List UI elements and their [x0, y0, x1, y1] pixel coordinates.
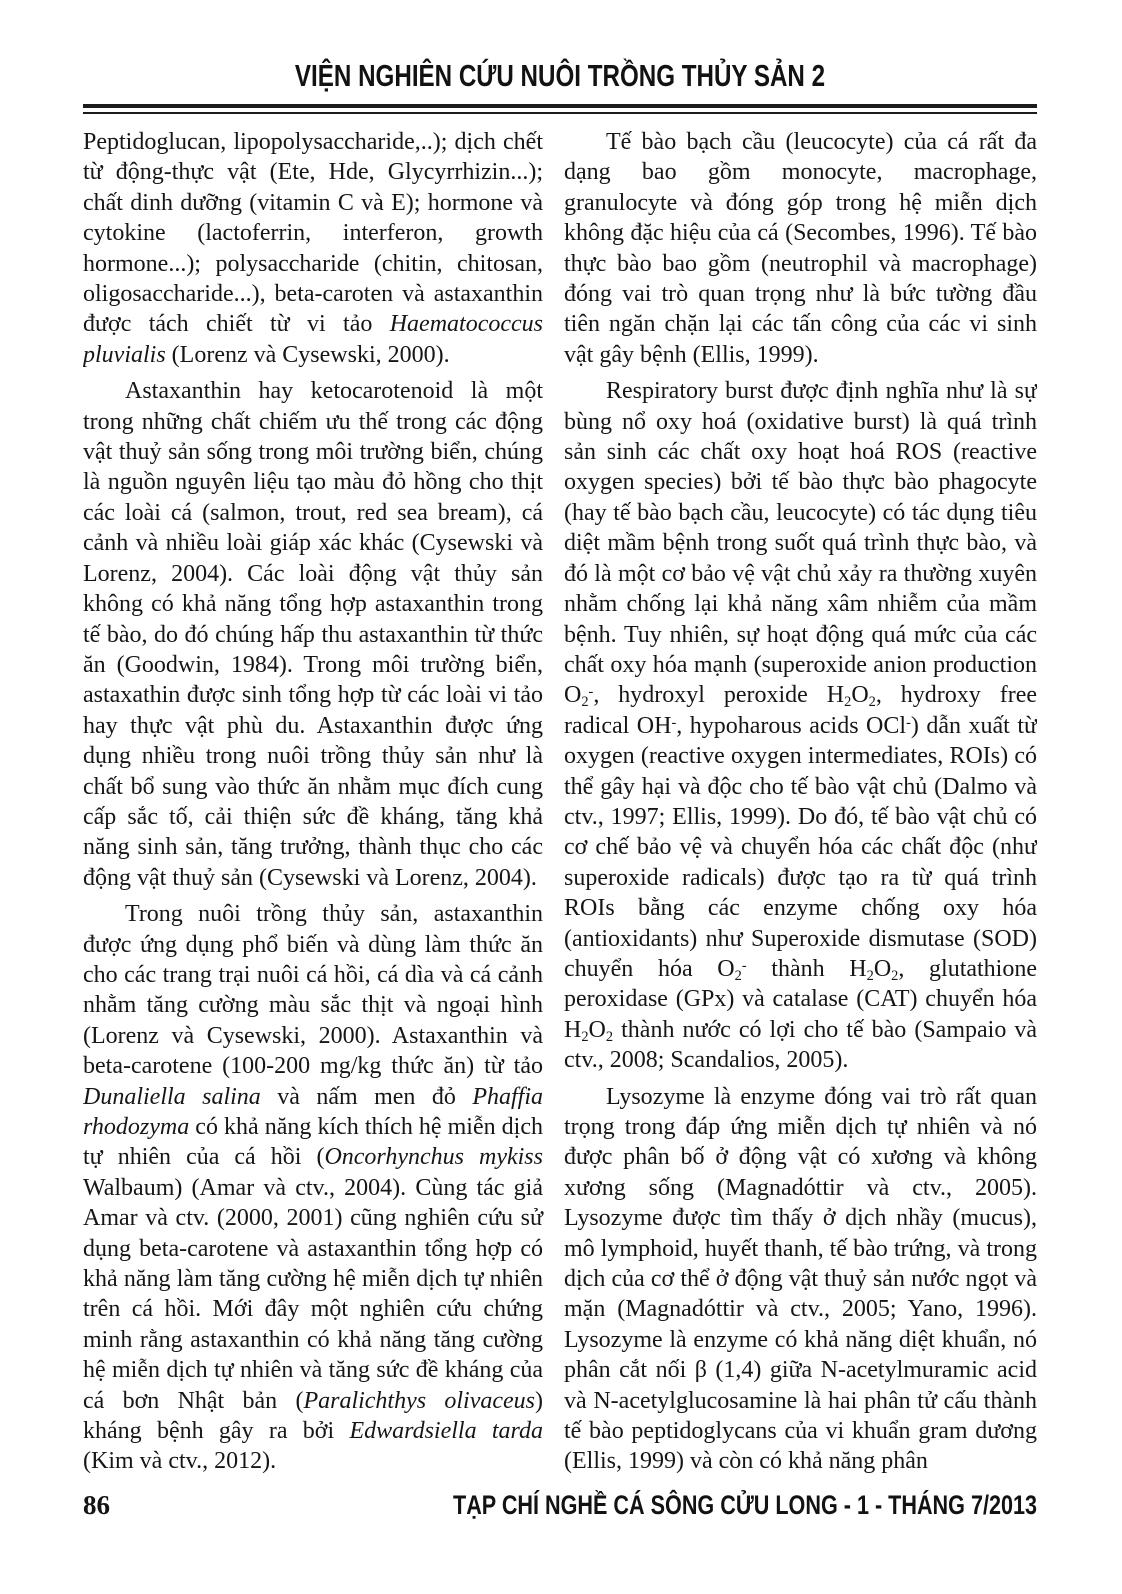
- page-header-title: VIỆN NGHIÊN CỨU NUÔI TRỒNG THỦY SẢN 2: [188, 58, 932, 94]
- journal-page: VIỆN NGHIÊN CỨU NUÔI TRỒNG THỦY SẢN 2 Pe…: [0, 0, 1122, 1594]
- article-body: Peptidoglucan, lipopolysaccharide,..); d…: [83, 127, 1037, 1479]
- page-number: 86: [83, 1490, 110, 1521]
- right-column: Tế bào bạch cầu (leucocyte) của cá rất đ…: [564, 127, 1037, 1479]
- paragraph: Trong nuôi trồng thủy sản, astaxanthin đ…: [83, 899, 543, 1477]
- paragraph: Astaxanthin hay ketocarotenoid là một tr…: [83, 376, 543, 893]
- left-column: Peptidoglucan, lipopolysaccharide,..); d…: [83, 127, 543, 1479]
- paragraph: Peptidoglucan, lipopolysaccharide,..); d…: [83, 127, 543, 370]
- paragraph: Tế bào bạch cầu (leucocyte) của cá rất đ…: [564, 127, 1037, 370]
- paragraph: Respiratory burst được định nghĩa như là…: [564, 376, 1037, 1075]
- journal-title: TẠP CHÍ NGHỀ CÁ SÔNG CỬU LONG - 1 - THÁN…: [453, 1490, 1037, 1521]
- header-divider: [83, 104, 1037, 114]
- paragraph: Lysozyme là enzyme đóng vai trò rất quan…: [564, 1082, 1037, 1477]
- page-footer: 86 TẠP CHÍ NGHỀ CÁ SÔNG CỬU LONG - 1 - T…: [83, 1490, 1037, 1521]
